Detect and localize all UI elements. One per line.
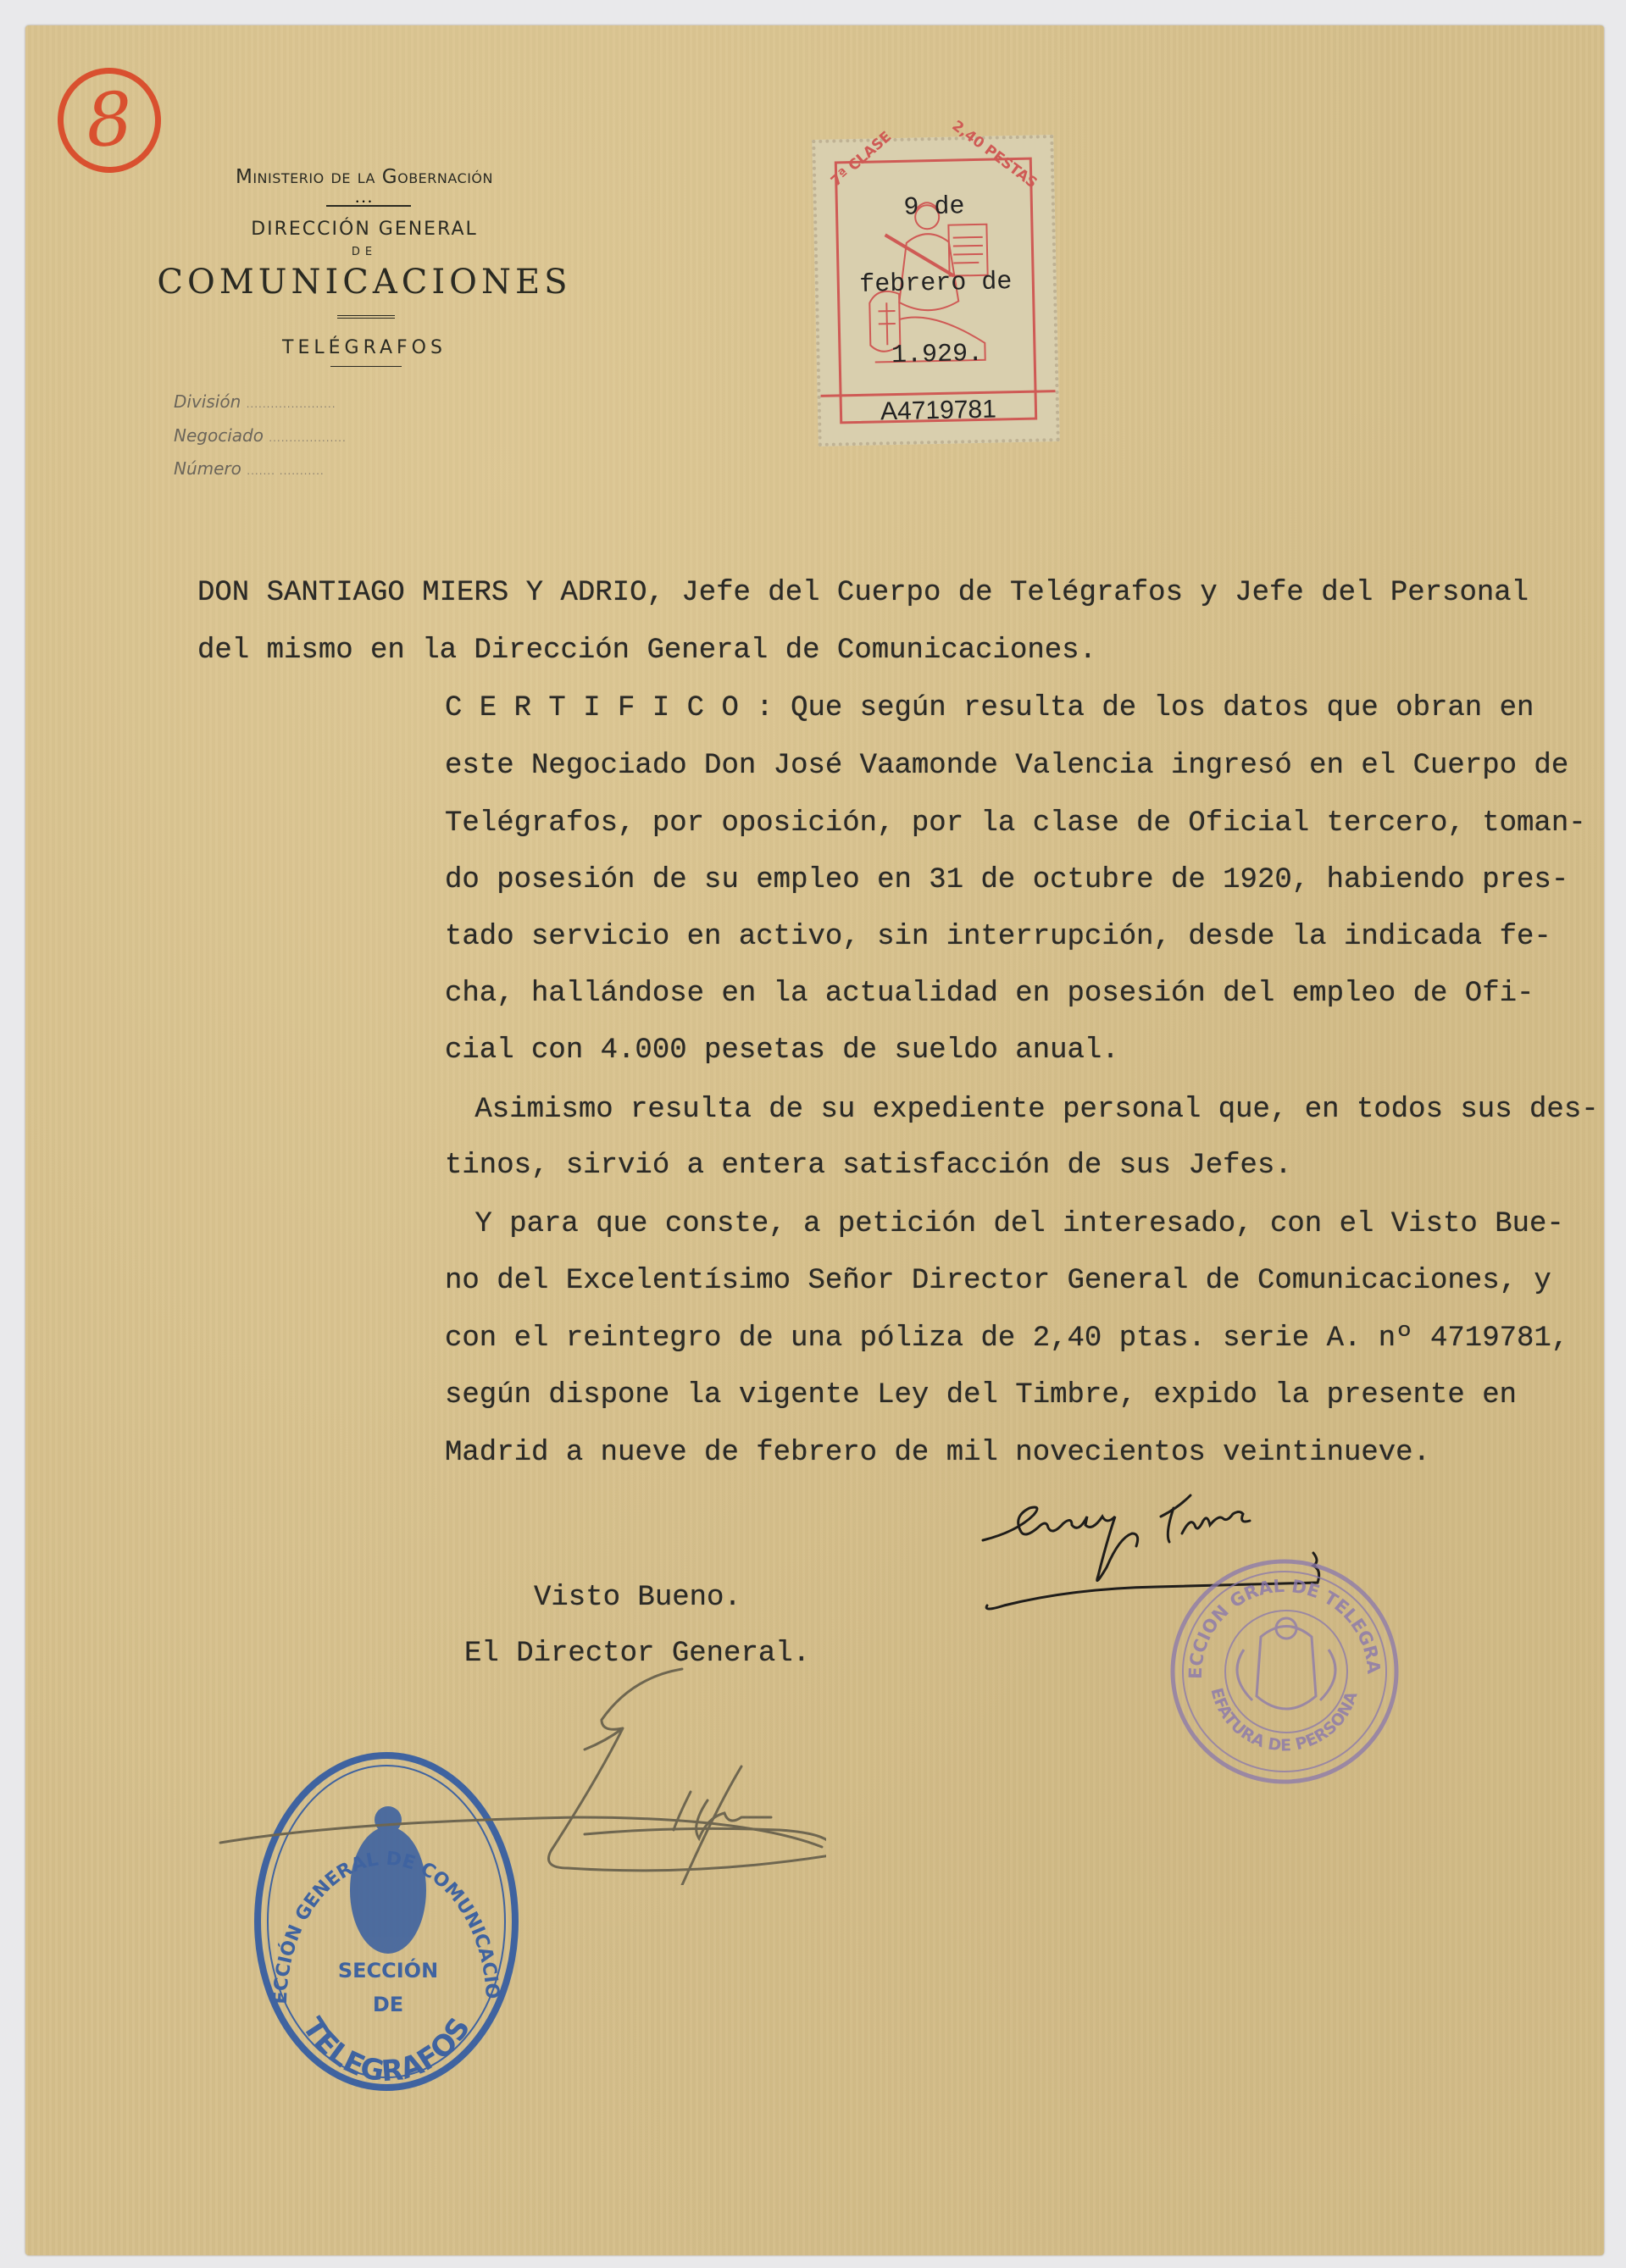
stamp-overprint-month: febrero de — [819, 267, 1054, 301]
closing-line-5: Madrid a nueve de febrero de mil novecie… — [445, 1436, 1430, 1470]
field-label: Negociado — [174, 425, 264, 446]
letterhead-direction: DIRECCIÓN GENERAL — [127, 219, 602, 240]
asimismo-line-2: tinos, sirvió a entera satisfacción de s… — [445, 1149, 1292, 1183]
svg-text:SECCIÓN: SECCIÓN — [338, 1957, 438, 1982]
field-label: Número — [174, 458, 241, 479]
field-dots: ................... — [269, 432, 346, 444]
header-line-1: DON SANTIAGO MIERS Y ADRIO, Jefe del Cue… — [197, 576, 1529, 610]
ornamental-rule — [326, 205, 411, 207]
stamp-overprint-day: 9 de — [817, 191, 1052, 225]
header-line-2: del mismo en la Dirección General de Com… — [197, 634, 1096, 668]
stamp-serial-number: A4719781 — [821, 390, 1057, 428]
handwritten-signature-icon — [216, 1665, 826, 1885]
double-rule — [337, 315, 395, 316]
certifico-line-2: este Negociado Don José Vaamonde Valenci… — [445, 749, 1568, 783]
director-signature — [216, 1665, 826, 1885]
form-field-numero: Número ....... ........... — [174, 458, 325, 479]
certifico-line-4: do posesión de su empleo en 31 de octubr… — [445, 863, 1568, 897]
field-label: División — [174, 391, 241, 412]
svg-text:DIRECCION GRAL DE TELEGRAFOS: DIRECCION GRAL DE TELEGRAFOS — [1168, 1556, 1384, 1679]
closing-line-1: Y para que conste, a petición del intere… — [458, 1207, 1564, 1241]
closing-line-2: no del Excelentísimo Señor Director Gene… — [445, 1264, 1551, 1298]
seal-stamp-icon: DIRECCION GRAL DE TELEGRAFOS JEFATURA DE… — [1168, 1556, 1401, 1787]
letterhead-ministry: Ministerio de la Gobernación — [127, 166, 602, 188]
certifico-line-1: C E R T I F I C O : Que según resulta de… — [445, 691, 1534, 725]
certifico-line-7: cial con 4.000 pesetas de sueldo anual. — [445, 1034, 1119, 1067]
form-field-division: División ...................... — [174, 391, 336, 412]
letterhead-comunicaciones: COMUNICACIONES — [93, 263, 635, 302]
svg-text:DE: DE — [373, 1993, 403, 2016]
letterhead-de: DE — [127, 246, 602, 258]
certifico-line-6: cha, hallándose en la actualidad en pose… — [445, 977, 1534, 1011]
folio-number: 8 — [83, 76, 136, 164]
visto-bueno-label: Visto Bueno. — [534, 1581, 741, 1615]
closing-line-4: según dispone la vigente Ley del Timbre,… — [445, 1378, 1517, 1412]
asimismo-line-1: Asimismo resulta de su expediente person… — [458, 1093, 1599, 1127]
ornamental-rule — [330, 366, 402, 367]
form-field-negociado: Negociado ................... — [174, 425, 347, 446]
field-dots: ...................... — [247, 398, 336, 410]
stamp-overprint-year: 1.929. — [819, 338, 1055, 372]
closing-line-3: con el reintegro de una póliza de 2,40 p… — [445, 1322, 1568, 1356]
certifico-line-5: tado servicio en activo, sin interrupció… — [445, 920, 1551, 954]
svg-text:TELEGRAFOS: TELEGRAFOS — [296, 2012, 478, 2089]
field-dots: ....... ........... — [247, 465, 324, 477]
personnel-seal: DIRECCION GRAL DE TELEGRAFOS JEFATURA DE… — [1168, 1556, 1401, 1787]
fiscal-stamp: 7ª CLASE 2,40 PESTAS 9 de febrero de 1.9… — [812, 135, 1060, 446]
letterhead-telegrafos: TELÉGRAFOS — [127, 337, 602, 358]
certifico-line-3: Telégrafos, por oposición, por la clase … — [445, 807, 1586, 840]
